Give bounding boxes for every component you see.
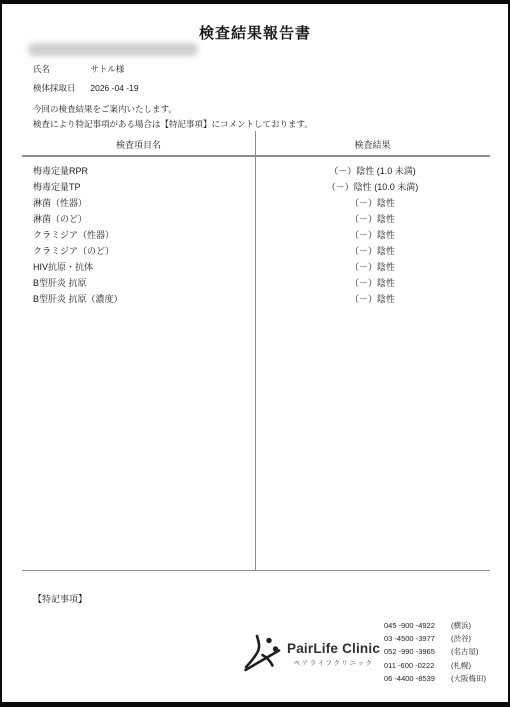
- clinic-logo: PairLife Clinic ペアライフクリニック: [243, 633, 380, 675]
- phone-location: (大阪梅田): [451, 672, 486, 685]
- test-result-value: （－）陰性: [255, 291, 490, 307]
- test-result-value: （－）陰性 (10.0 未満): [255, 179, 490, 195]
- table-bottom-rule: [22, 570, 490, 571]
- sample-date-value: 2026 -04 -19: [90, 83, 138, 93]
- column-header-test-result: 検査結果: [255, 138, 490, 151]
- redacted-patient-id: [28, 43, 198, 56]
- test-result-value: （－）陰性: [255, 211, 490, 227]
- test-result-value: （－）陰性: [255, 259, 490, 275]
- table-row: B型肝炎 抗原（濃度） （－）陰性: [22, 291, 490, 307]
- test-result-value: （－）陰性: [255, 243, 490, 259]
- phone-number: 011 -600 -0222: [384, 659, 451, 672]
- clinic-logo-text: PairLife Clinic ペアライフクリニック: [287, 641, 380, 667]
- table-row: クラミジア（のど） （－）陰性: [22, 243, 490, 259]
- test-result-value: （－）陰性: [255, 195, 490, 211]
- photo-edge-bottom: [0, 702, 510, 707]
- phone-location: (渋谷): [451, 632, 471, 645]
- patient-name-row: 氏名 サトル様: [33, 64, 124, 75]
- photo-edge-left: [0, 0, 2, 707]
- table-row: 梅毒定量RPR （－）陰性 (1.0 未満): [22, 163, 490, 179]
- test-item-name: B型肝炎 抗原（濃度）: [22, 291, 255, 307]
- clinic-name-japanese: ペアライフクリニック: [287, 658, 380, 667]
- test-item-name: クラミジア（性器）: [22, 227, 255, 243]
- phone-number: 052 -990 -3965: [384, 645, 451, 658]
- intro-line-1: 今回の検査結果をご案内いたします。: [33, 102, 313, 117]
- report-page: 検査結果報告書 氏名 サトル様 検体採取日 2026 -04 -19 今回の検査…: [0, 0, 510, 707]
- intro-text: 今回の検査結果をご案内いたします。 検査により特記事項がある場合は【特記事項】に…: [33, 102, 313, 131]
- intro-line-2: 検査により特記事項がある場合は【特記事項】にコメントしております。: [33, 117, 313, 132]
- photo-edge-top: [0, 0, 510, 4]
- table-header-rule: [22, 155, 490, 157]
- phone-row: 045 -900 -4922 (横浜): [384, 619, 486, 632]
- phone-location: (名古屋): [451, 645, 479, 658]
- phone-row: 06 -4400 -8539 (大阪梅田): [384, 672, 486, 685]
- test-result-value: （－）陰性 (1.0 未満): [255, 163, 490, 179]
- phone-number: 03 -4500 -3977: [384, 632, 451, 645]
- phone-location: (横浜): [451, 619, 471, 632]
- test-item-name: B型肝炎 抗原: [22, 275, 255, 291]
- clinic-name: PairLife Clinic: [287, 641, 380, 656]
- test-result-value: （－）陰性: [255, 275, 490, 291]
- table-row: 淋菌（のど） （－）陰性: [22, 211, 490, 227]
- name-label: 氏名: [33, 64, 88, 75]
- table-row: B型肝炎 抗原 （－）陰性: [22, 275, 490, 291]
- test-item-name: HIV抗原・抗体: [22, 259, 255, 275]
- column-header-test-item: 検査項目名: [22, 138, 255, 151]
- test-item-name: 梅毒定量TP: [22, 179, 255, 195]
- table-row: 淋菌（性器） （－）陰性: [22, 195, 490, 211]
- test-item-name: 淋菌（性器）: [22, 195, 255, 211]
- test-result-value: （－）陰性: [255, 227, 490, 243]
- test-item-name: 淋菌（のど）: [22, 211, 255, 227]
- sample-date-row: 検体採取日 2026 -04 -19: [33, 83, 139, 94]
- table-row: クラミジア（性器） （－）陰性: [22, 227, 490, 243]
- phone-location: (札幌): [451, 659, 471, 672]
- table-row: 梅毒定量TP （－）陰性 (10.0 未満): [22, 179, 490, 195]
- clinic-phone-list: 045 -900 -4922 (横浜) 03 -4500 -3977 (渋谷) …: [384, 619, 486, 685]
- test-item-name: クラミジア（のど）: [22, 243, 255, 259]
- table-row: HIV抗原・抗体 （－）陰性: [22, 259, 490, 275]
- special-notes-heading: 【特記事項】: [33, 592, 87, 605]
- phone-number: 06 -4400 -8539: [384, 672, 451, 685]
- phone-row: 03 -4500 -3977 (渋谷): [384, 632, 486, 645]
- phone-number: 045 -900 -4922: [384, 619, 451, 632]
- clinic-logo-icon: [243, 633, 283, 675]
- results-table-body: 梅毒定量RPR （－）陰性 (1.0 未満) 梅毒定量TP （－）陰性 (10.…: [22, 163, 490, 307]
- test-item-name: 梅毒定量RPR: [22, 163, 255, 179]
- phone-row: 011 -600 -0222 (札幌): [384, 659, 486, 672]
- page-title: 検査結果報告書: [0, 22, 510, 43]
- name-value: サトル様: [90, 64, 124, 74]
- phone-row: 052 -990 -3965 (名古屋): [384, 645, 486, 658]
- sample-date-label: 検体採取日: [33, 83, 88, 94]
